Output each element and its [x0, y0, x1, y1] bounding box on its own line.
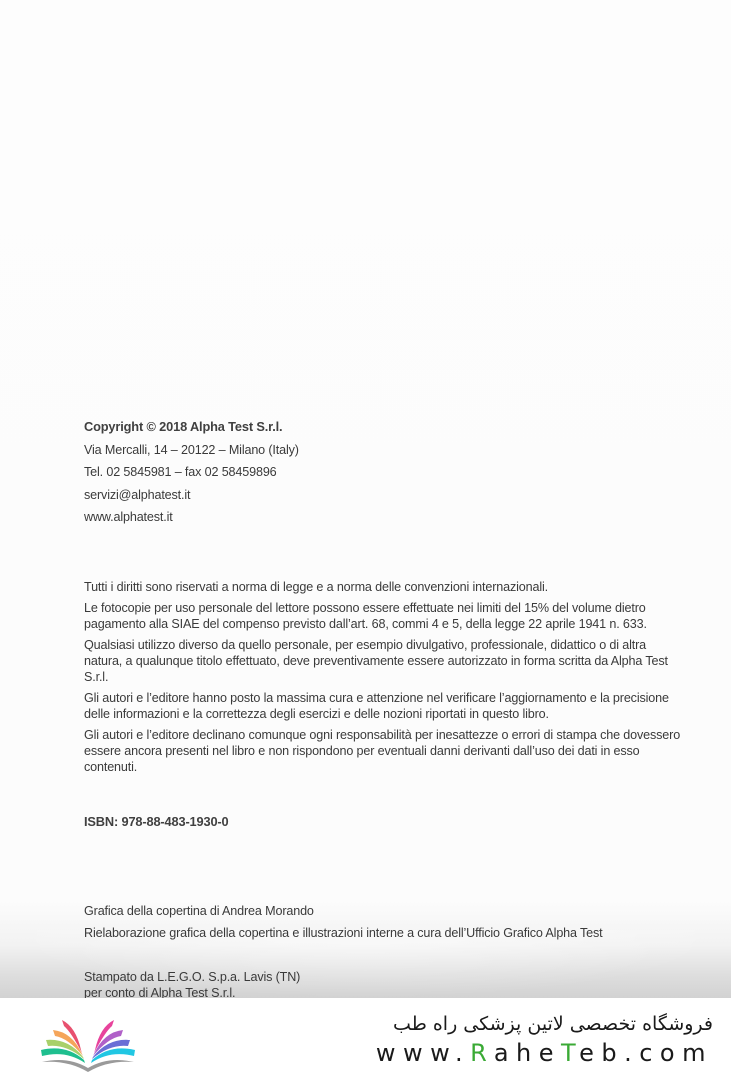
document-page: Copyright © 2018 Alpha Test S.r.l. Via M…	[0, 0, 731, 998]
watermark-banner: فروشگاه تخصصی لاتین پزشکی راه طب www.Rah…	[0, 998, 731, 1080]
legal-paragraph: Gli autori e l’editore declinano comunqu…	[84, 727, 682, 775]
rework-credit: Rielaborazione grafica della copertina e…	[84, 925, 684, 941]
legal-paragraph: Tutti i diritti sono riservati a norma d…	[84, 579, 682, 595]
legal-paragraph: Le fotocopie per uso personale del letto…	[84, 600, 682, 632]
copyright-title: Copyright © 2018 Alpha Test S.r.l.	[84, 419, 684, 435]
email-link[interactable]: servizi@alphatest.it	[84, 487, 684, 503]
printing-block: Stampato da L.E.G.O. S.p.a. Lavis (TN) p…	[84, 969, 684, 998]
cover-credit: Grafica della copertina di Andrea Morand…	[84, 903, 684, 919]
legal-paragraph: Gli autori e l’editore hanno posto la ma…	[84, 690, 682, 722]
url-accent-t: T	[561, 1039, 579, 1067]
phone: Tel. 02 5845981 – fax 02 58459896	[84, 464, 684, 480]
store-branding: فروشگاه تخصصی لاتین پزشکی راه طب www.Rah…	[376, 1012, 713, 1068]
legal-notice: Tutti i diritti sono riservati a norma d…	[84, 579, 682, 780]
printer: Stampato da L.E.G.O. S.p.a. Lavis (TN)	[84, 969, 684, 985]
isbn: ISBN: 978-88-483-1930-0	[84, 814, 684, 830]
address: Via Mercalli, 14 – 20122 – Milano (Italy…	[84, 442, 684, 458]
open-book-rainbow-logo-icon	[38, 1010, 138, 1074]
on-behalf: per conto di Alpha Test S.r.l.	[84, 985, 684, 998]
legal-paragraph: Qualsiasi utilizzo diverso da quello per…	[84, 637, 682, 685]
store-url[interactable]: www.RaheTeb.com	[376, 1038, 713, 1068]
url-ahe: ahe	[494, 1039, 561, 1067]
website-link[interactable]: www.alphatest.it	[84, 509, 684, 525]
url-suffix: eb.com	[579, 1039, 713, 1067]
store-name-persian: فروشگاه تخصصی لاتین پزشکی راه طب	[376, 1012, 713, 1036]
url-accent-r: R	[470, 1039, 494, 1067]
copyright-block: Copyright © 2018 Alpha Test S.r.l. Via M…	[84, 419, 684, 525]
credits-block: Grafica della copertina di Andrea Morand…	[84, 903, 684, 947]
url-prefix: www.	[376, 1039, 470, 1067]
